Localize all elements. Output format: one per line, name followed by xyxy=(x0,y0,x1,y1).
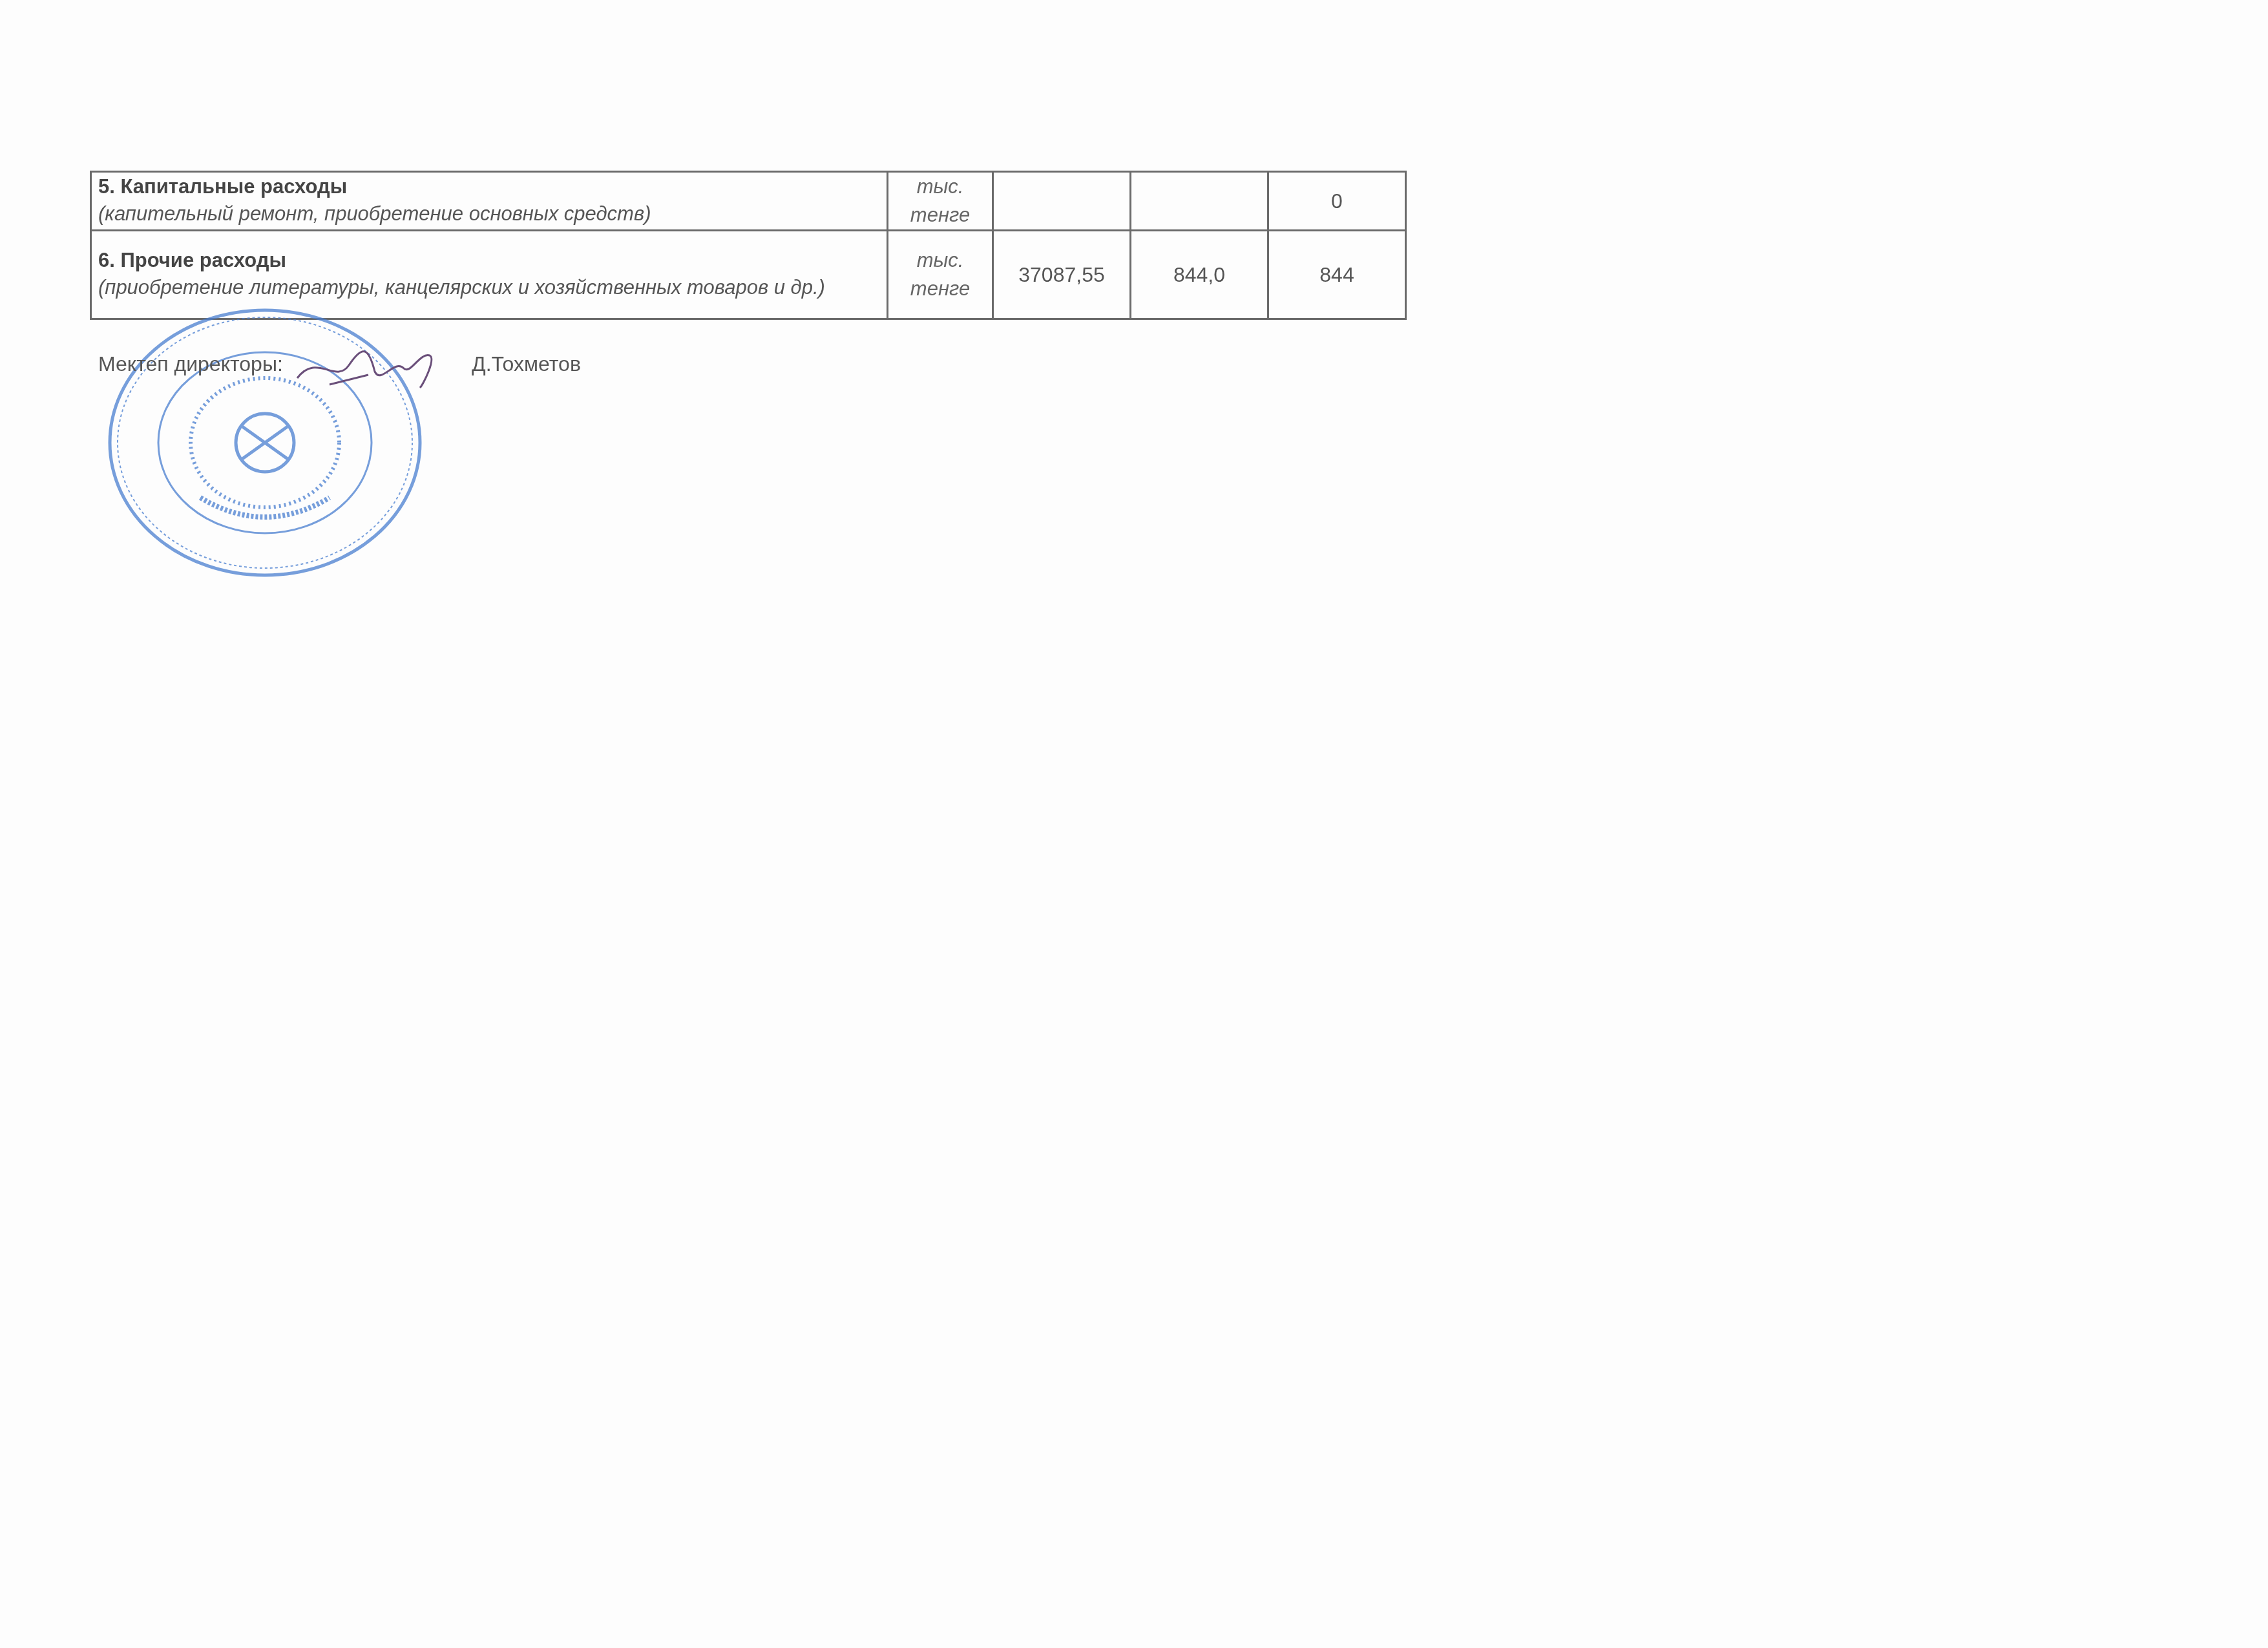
row-value-2: 844,0 xyxy=(1131,231,1268,319)
unit-line1: тыс. xyxy=(895,173,985,201)
row-value-1: 37087,55 xyxy=(993,231,1131,319)
row-subtitle: (капительный ремонт, приобретение основн… xyxy=(98,200,880,228)
signature-label: Мектеп директоры: xyxy=(98,352,283,376)
row-title: 6. Прочие расходы xyxy=(98,248,880,273)
table-row: 5. Капитальные расходы (капительный ремо… xyxy=(91,172,1406,231)
unit-line1: тыс. xyxy=(895,246,985,275)
row-unit: тыс. тенге xyxy=(888,172,993,231)
unit-line2: тенге xyxy=(895,201,985,229)
expenses-table: 5. Капитальные расходы (капительный ремо… xyxy=(90,171,1407,320)
row-title: 5. Капитальные расходы xyxy=(98,174,880,200)
row-description: 5. Капитальные расходы (капительный ремо… xyxy=(91,172,888,231)
signatory-name: Д.Тохметов xyxy=(472,352,581,376)
row-value-3: 0 xyxy=(1268,172,1406,231)
unit-line2: тенге xyxy=(895,275,985,303)
row-value-3: 844 xyxy=(1268,231,1406,319)
row-subtitle: (приобретение литературы, канцелярских и… xyxy=(98,273,880,302)
signature-icon xyxy=(291,339,452,391)
row-value-2 xyxy=(1131,172,1268,231)
row-value-1 xyxy=(993,172,1131,231)
row-unit: тыс. тенге xyxy=(888,231,993,319)
